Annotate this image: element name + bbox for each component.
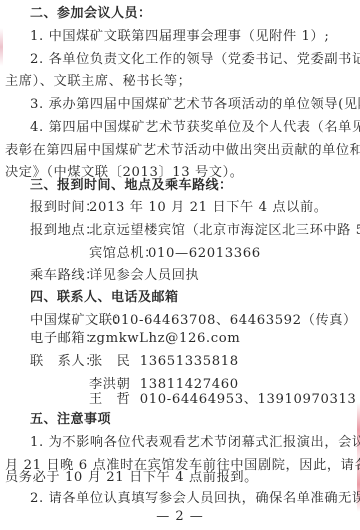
report-time-value: 2013 年 10 月 21 日下午 4 点以前。	[89, 200, 328, 216]
paragraph-line: 3. 承办第四届中国煤矿艺术节各项活动的单位领导(见附件 2)；	[30, 97, 360, 113]
paragraph-line: 1. 中国煤矿文联第四届理事会理事（见附件 1）;	[30, 29, 329, 45]
contact-phone: 13811427460	[140, 377, 239, 392]
contact-item: 王 哲 010-64464953、13910970313	[89, 392, 356, 408]
section-heading-registration: 三、报到时间、地点及乘车路线：	[30, 178, 233, 194]
section-heading-notes: 五、注意事项	[30, 412, 111, 428]
contact-item: 李洪朝 13811427460	[89, 377, 239, 393]
contact-phone: 010-64464953、13910970313	[140, 392, 357, 407]
org-phone-value: 010-64463708、64463592（传真）	[112, 313, 357, 329]
report-place-value: 北京远望楼宾馆（北京市海淀区北三环中路 57 号）	[89, 223, 360, 239]
contact-name: 李洪朝	[89, 377, 135, 393]
contact-phone: 13651335818	[140, 354, 239, 369]
route-value: 详见参会人员回执	[89, 268, 199, 284]
page-number: — 2 —	[0, 509, 360, 524]
scan-edge-mark	[0, 28, 3, 66]
paragraph-line: 2. 各单位负责文化工作的领导（党委书记、党委副书记、工会	[30, 52, 360, 68]
paragraph-line: 2. 请各单位认真填写参会人员回执，确保名单准确无误，且必	[30, 491, 360, 507]
section-heading-attendees: 二、参加会议人员：	[30, 6, 152, 22]
section-heading-contacts: 四、联系人、电话及邮箱	[30, 290, 179, 306]
contact-name: 王 哲	[89, 392, 135, 408]
email-value[interactable]: zgmkwLhz@126.com	[89, 331, 240, 347]
paragraph-line: 4. 第四届中国煤矿艺术节获奖单位及个人代表（名单见《关于	[30, 120, 360, 136]
document-page: 二、参加会议人员： 1. 中国煤矿文联第四届理事会理事（见附件 1）; 2. 各…	[0, 0, 360, 530]
paragraph-line: 主席）、文联主席、秘书长等；	[5, 74, 191, 90]
contact-item: 张 民 13651335818	[89, 354, 239, 370]
hotel-phone-value: 010—62013366	[148, 246, 261, 262]
paragraph-line: 1. 为不影响各位代表观看艺术节闭幕式汇报演出，会议定于 10	[30, 435, 360, 451]
contact-name: 张 民	[89, 354, 135, 370]
paragraph-line: 表彰在第四届中国煤矿艺术节活动中做出突出贡献的单位和个人的	[5, 143, 360, 159]
paragraph-line: 员务必于 10 月 21 日下午 4 点前报到。	[5, 470, 258, 486]
